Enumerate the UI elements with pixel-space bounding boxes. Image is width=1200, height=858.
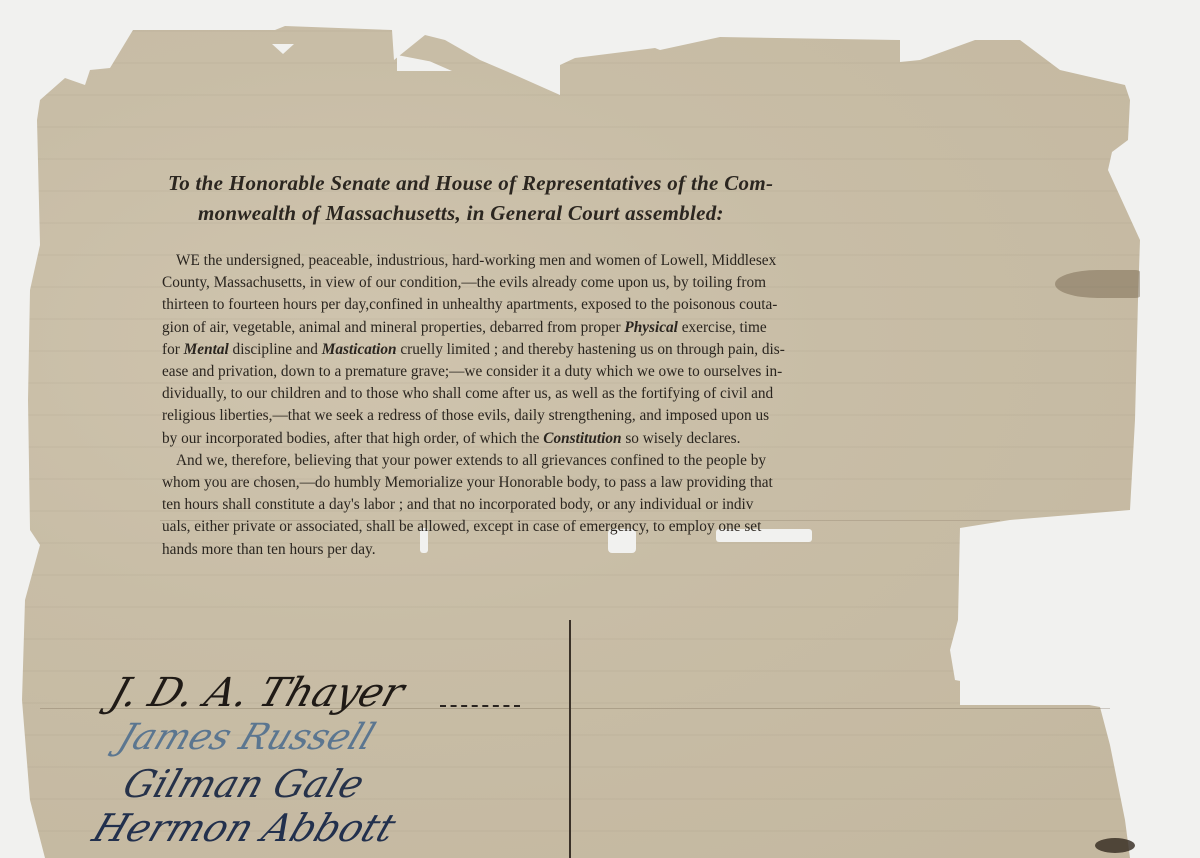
emphasis-word: Mental: [184, 341, 229, 358]
body-line: ten hours shall constitute a day's labor…: [162, 494, 992, 516]
body-line: hands more than ten hours per day.: [162, 539, 992, 561]
body-line: And we, therefore, believing that your p…: [162, 450, 992, 472]
body-line: WE the undersigned, peaceable, industrio…: [162, 250, 992, 272]
emphasis-word: Physical: [624, 319, 678, 336]
body-line: whom you are chosen,—do humbly Memoriali…: [162, 472, 992, 494]
signature-1: J. D. A. Thayer: [105, 670, 410, 716]
petition-heading: To the Honorable Senate and House of Rep…: [168, 168, 998, 228]
heading-line-1: To the Honorable Senate and House of Rep…: [168, 171, 773, 195]
body-line: thirteen to fourteen hours per day,confi…: [162, 294, 992, 316]
emphasis-word: Constitution: [543, 430, 621, 447]
body-line: dividually, to our children and to those…: [162, 383, 992, 405]
body-line: for Mental discipline and Mastication cr…: [162, 339, 992, 361]
signature-4: Hermon Abbott: [87, 806, 402, 850]
body-line: uals, either private or associated, shal…: [162, 516, 992, 538]
ink-stain: [1095, 838, 1135, 853]
body-line: gion of air, vegetable, animal and miner…: [162, 317, 992, 339]
signature-2: James Russell: [113, 717, 381, 758]
signature-column-divider: [569, 620, 571, 858]
heading-line-2: monwealth of Massachusetts, in General C…: [168, 198, 998, 228]
emphasis-word: Mastication: [322, 341, 397, 358]
torn-edge: [960, 530, 1200, 705]
body-line: religious liberties,—that we seek a redr…: [162, 405, 992, 427]
water-stain: [1055, 270, 1140, 298]
petition-body: WE the undersigned, peaceable, industrio…: [162, 250, 992, 561]
signature-3: Gilman Gale: [118, 762, 370, 806]
body-line: ease and privation, down to a premature …: [162, 361, 992, 383]
signature-dash-line: [440, 705, 520, 707]
body-line: by our incorporated bodies, after that h…: [162, 428, 992, 450]
paper-hole: [1130, 88, 1170, 106]
body-line: County, Massachusetts, in view of our co…: [162, 272, 992, 294]
